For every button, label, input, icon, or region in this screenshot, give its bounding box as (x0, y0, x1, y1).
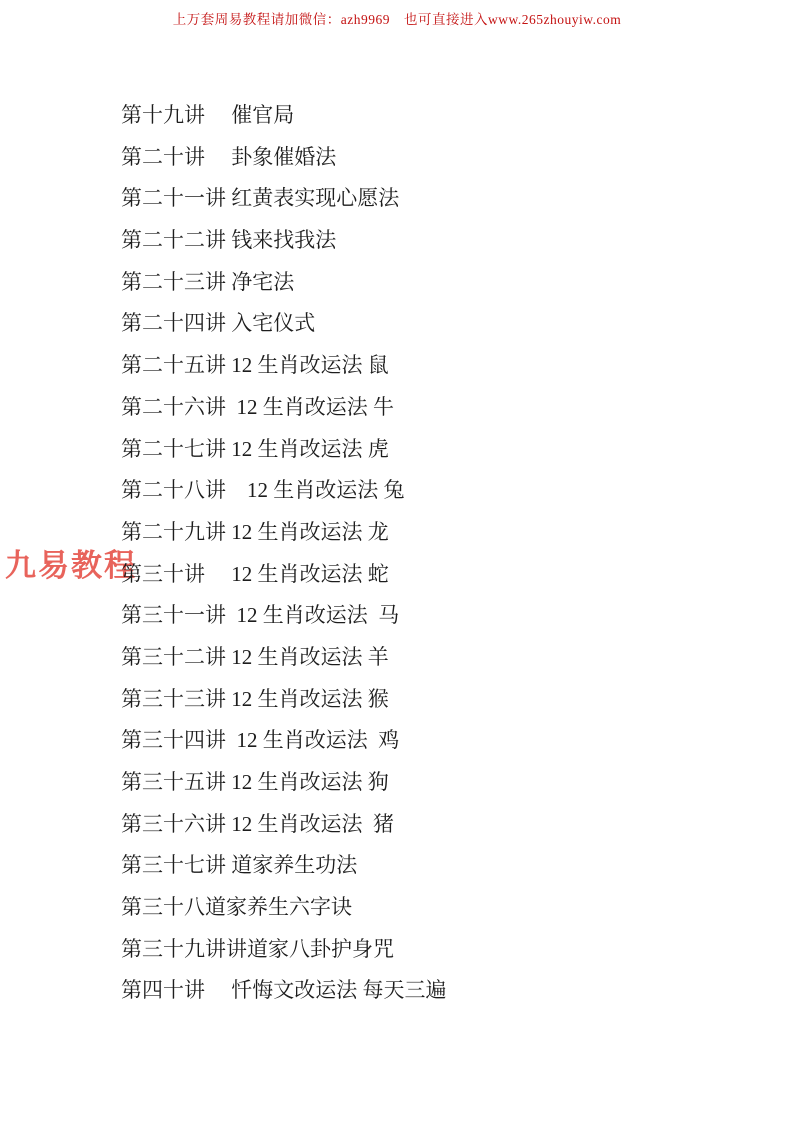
toc-item: 第三十八道家养生六字诀 (121, 887, 754, 929)
toc-item: 第二十讲 卦象催婚法 (121, 137, 754, 179)
header-promo-text: 上万套周易教程请加微信：azh9969 也可直接进入www.265zhouyiw… (0, 8, 794, 28)
toc-item: 第三十讲 12 生肖改运法 蛇 (121, 554, 754, 596)
toc-item: 第三十三讲 12 生肖改运法 猴 (121, 679, 754, 721)
toc-item: 第三十二讲 12 生肖改运法 羊 (121, 637, 754, 679)
toc-item: 第三十五讲 12 生肖改运法 狗 (121, 762, 754, 804)
toc-item: 第二十九讲 12 生肖改运法 龙 (121, 512, 754, 554)
toc-item: 第十九讲 催官局 (121, 95, 754, 137)
toc-item: 第二十二讲 钱来找我法 (121, 220, 754, 262)
toc-list: 第十九讲 催官局第二十讲 卦象催婚法第二十一讲 红黄表实现心愿法第二十二讲 钱来… (121, 95, 754, 1012)
toc-item: 第二十六讲 12 生肖改运法 牛 (121, 387, 754, 429)
toc-item: 第三十四讲 12 生肖改运法 鸡 (121, 720, 754, 762)
watermark-text: 九易教程 (5, 540, 137, 585)
toc-item: 第三十七讲 道家养生功法 (121, 845, 754, 887)
toc-item: 第三十六讲 12 生肖改运法 猪 (121, 804, 754, 846)
toc-item: 第三十九讲讲道家八卦护身咒 (121, 929, 754, 971)
toc-item: 第二十八讲 12 生肖改运法 兔 (121, 470, 754, 512)
toc-item: 第四十讲 忏悔文改运法 每天三遍 (121, 970, 754, 1012)
toc-item: 第二十四讲 入宅仪式 (121, 303, 754, 345)
toc-item: 第二十七讲 12 生肖改运法 虎 (121, 429, 754, 471)
toc-item: 第二十一讲 红黄表实现心愿法 (121, 178, 754, 220)
toc-item: 第三十一讲 12 生肖改运法 马 (121, 595, 754, 637)
document-page: 上万套周易教程请加微信：azh9969 也可直接进入www.265zhouyiw… (0, 0, 794, 1123)
toc-item: 第二十三讲 净宅法 (121, 262, 754, 304)
toc-item: 第二十五讲 12 生肖改运法 鼠 (121, 345, 754, 387)
